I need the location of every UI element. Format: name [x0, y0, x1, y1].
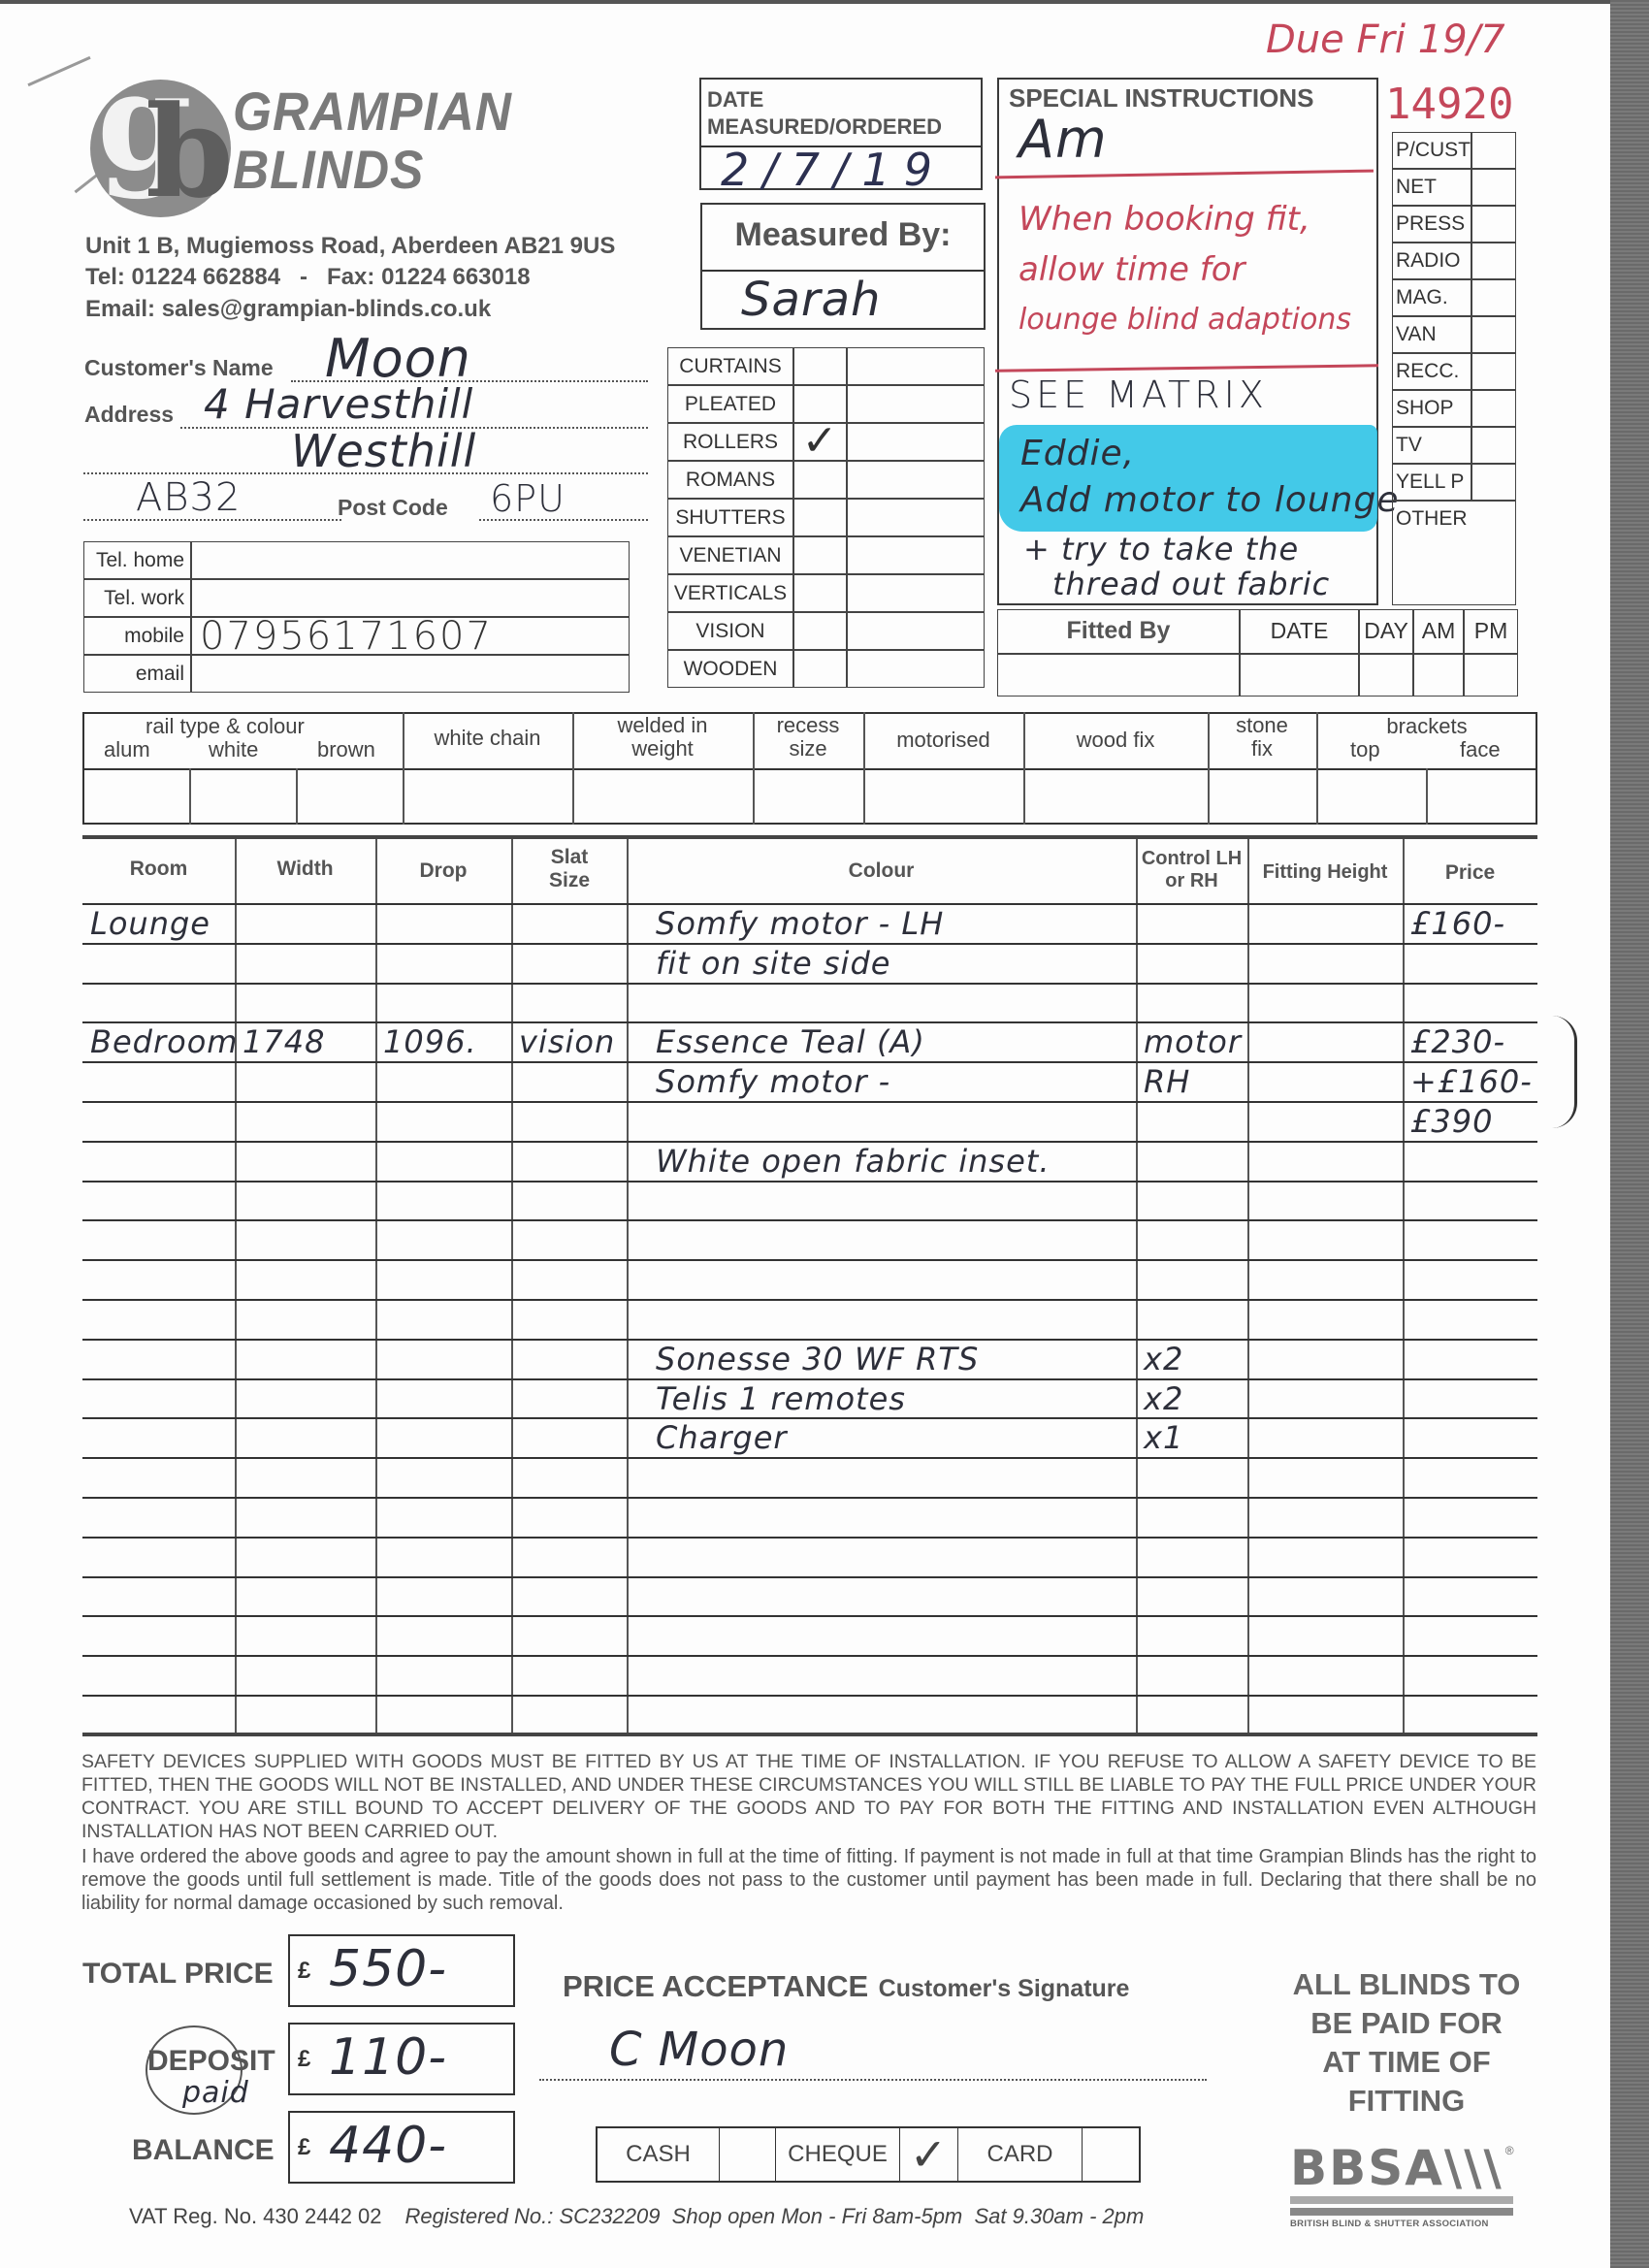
- notice-line4: FITTING: [1261, 2082, 1552, 2121]
- order-cell-control[interactable]: [1144, 1617, 1245, 1655]
- product-type-label: WOODEN: [667, 650, 793, 688]
- order-cell-colour[interactable]: [634, 1697, 1134, 1734]
- source-checkbox[interactable]: [1471, 464, 1516, 501]
- product-type-checkbox[interactable]: [793, 650, 847, 688]
- order-cell-colour[interactable]: [634, 1539, 1134, 1576]
- stone-line2: fix: [1208, 737, 1316, 761]
- rail-white-field[interactable]: [189, 768, 296, 825]
- payment-cheque-checkbox[interactable]: ✓: [900, 2128, 958, 2181]
- logo-b-letter: b: [145, 89, 234, 215]
- company-address: Unit 1 B, Mugiemoss Road, Aberdeen AB21 …: [85, 233, 615, 260]
- rail-option-brown: brown: [317, 737, 375, 762]
- white-chain-label: white chain: [403, 726, 572, 751]
- order-cell-price[interactable]: [1410, 1697, 1536, 1734]
- header-control: Control LH or RH: [1136, 848, 1247, 892]
- order-cell-fitting[interactable]: [1255, 1578, 1401, 1616]
- order-cell-slat[interactable]: vision: [519, 1023, 625, 1061]
- order-col-line: [375, 839, 377, 1733]
- order-cell-room[interactable]: [90, 1063, 233, 1101]
- product-type-notes[interactable]: [847, 574, 985, 612]
- product-type-notes[interactable]: [847, 385, 985, 423]
- price-acceptance-title: PRICE ACCEPTANCE: [563, 1969, 868, 2003]
- order-cell-fitting[interactable]: [1255, 1063, 1401, 1101]
- order-cell-colour[interactable]: [634, 1103, 1134, 1141]
- motorised-field[interactable]: [863, 768, 1023, 825]
- order-cell-fitting[interactable]: [1255, 1301, 1401, 1339]
- source-checkbox[interactable]: [1471, 279, 1516, 316]
- order-cell-slat[interactable]: [519, 1143, 625, 1181]
- order-cell-colour[interactable]: White open fabric inset.: [634, 1143, 1134, 1181]
- order-cell-slat[interactable]: [519, 945, 625, 983]
- order-cell-drop[interactable]: [383, 1617, 509, 1655]
- order-cell-room[interactable]: [90, 1221, 233, 1259]
- order-cell-control[interactable]: [1144, 1103, 1245, 1141]
- order-cell-price[interactable]: [1410, 1380, 1536, 1418]
- source-checkbox[interactable]: [1471, 132, 1516, 169]
- order-cell-colour[interactable]: Telis 1 remotes: [634, 1380, 1134, 1418]
- order-cell-width[interactable]: [242, 1221, 373, 1259]
- order-cell-price[interactable]: [1410, 985, 1536, 1022]
- date-value[interactable]: 2/7/19: [721, 144, 946, 196]
- order-cell-room[interactable]: [90, 1103, 233, 1141]
- order-cell-price[interactable]: [1410, 1221, 1536, 1259]
- order-cell-colour[interactable]: Somfy motor -: [634, 1063, 1134, 1101]
- tel-home-field[interactable]: [191, 541, 630, 579]
- pound-symbol: £: [298, 2134, 310, 2161]
- product-type-checkbox[interactable]: [793, 536, 847, 574]
- order-cell-room[interactable]: [90, 985, 233, 1022]
- order-cell-room[interactable]: [90, 1578, 233, 1616]
- fitted-by-field[interactable]: [997, 654, 1240, 697]
- source-checkbox[interactable]: [1471, 390, 1516, 427]
- header-colour: Colour: [627, 859, 1136, 883]
- order-cell-control[interactable]: motor: [1144, 1023, 1245, 1061]
- order-cell-price[interactable]: [1410, 1617, 1536, 1655]
- order-cell-fitting[interactable]: [1255, 945, 1401, 983]
- order-cell-control[interactable]: [1144, 985, 1245, 1022]
- order-col-line: [1403, 839, 1405, 1733]
- rail-type-label: rail type & colour: [145, 714, 305, 739]
- order-cell-fitting[interactable]: [1255, 1143, 1401, 1181]
- order-cell-price[interactable]: [1410, 1499, 1536, 1537]
- order-cell-colour[interactable]: [634, 1221, 1134, 1259]
- mobile-field[interactable]: 07956171607: [191, 617, 630, 655]
- header-fitting-height: Fitting Height: [1247, 861, 1403, 884]
- order-cell-slat[interactable]: [519, 1063, 625, 1101]
- header-slat-size: Slat Size: [529, 846, 610, 892]
- order-cell-slat[interactable]: [519, 985, 625, 1022]
- bbsa-bar: [1290, 2208, 1513, 2216]
- order-cell-fitting[interactable]: [1255, 1023, 1401, 1061]
- order-cell-slat[interactable]: [519, 1459, 625, 1497]
- order-cell-room[interactable]: [90, 1143, 233, 1181]
- fitted-am-field[interactable]: [1413, 654, 1464, 697]
- registered-mark: ®: [1505, 2144, 1514, 2157]
- order-cell-room[interactable]: [90, 1617, 233, 1655]
- stone-line1: stone: [1208, 714, 1316, 737]
- order-cell-control[interactable]: [1144, 1221, 1245, 1259]
- bbsa-bar: [1290, 2196, 1513, 2204]
- order-cell-drop[interactable]: [383, 905, 509, 943]
- postcode-value[interactable]: 6PU: [490, 477, 566, 520]
- order-cell-room[interactable]: [90, 1261, 233, 1299]
- order-cell-width[interactable]: [242, 1341, 373, 1378]
- deposit-box[interactable]: £ 110-: [288, 2023, 515, 2095]
- order-cell-width[interactable]: [242, 945, 373, 983]
- rail-alum-field[interactable]: [82, 768, 189, 825]
- due-date-note: Due Fri 19/7: [1266, 17, 1505, 62]
- order-cell-price[interactable]: +£160-: [1410, 1063, 1536, 1101]
- order-cell-fitting[interactable]: [1255, 1617, 1401, 1655]
- instructions-initials[interactable]: Am: [1018, 109, 1108, 170]
- payment-agreement: I have ordered the above goods and agree…: [81, 1845, 1536, 1915]
- order-cell-width[interactable]: [242, 1261, 373, 1299]
- fitted-pm-header: PM: [1464, 609, 1518, 654]
- order-cell-price[interactable]: £230-: [1410, 1023, 1536, 1061]
- order-cell-width[interactable]: [242, 1697, 373, 1734]
- scan-top-edge: [0, 0, 1610, 4]
- product-type-checkbox[interactable]: [793, 347, 847, 385]
- address-line3-value[interactable]: AB32: [136, 475, 241, 520]
- order-cell-drop[interactable]: [383, 1301, 509, 1339]
- order-cell-price[interactable]: [1410, 1301, 1536, 1339]
- price-bracket-mark: [1552, 1016, 1577, 1128]
- payment-notice: ALL BLINDS TO BE PAID FOR AT TIME OF FIT…: [1261, 1965, 1552, 2121]
- order-cell-room[interactable]: [90, 1459, 233, 1497]
- source-checkbox[interactable]: [1471, 243, 1516, 279]
- order-cell-fitting[interactable]: [1255, 1380, 1401, 1418]
- bbsa-logo-text: BBSA\\\: [1290, 2144, 1503, 2192]
- source-label: TV: [1392, 427, 1471, 464]
- source-label: YELL P: [1392, 464, 1471, 501]
- order-cell-control[interactable]: [1144, 945, 1245, 983]
- postcode-label: Post Code: [338, 495, 448, 521]
- source-checkbox[interactable]: [1471, 169, 1516, 206]
- product-type-notes[interactable]: [847, 650, 985, 688]
- order-cell-slat[interactable]: [519, 1221, 625, 1259]
- recess-size-label: recess size: [753, 714, 863, 761]
- order-cell-room[interactable]: [90, 1183, 233, 1220]
- total-price-value: 550-: [329, 1940, 447, 1998]
- order-cell-drop[interactable]: [383, 1063, 509, 1101]
- order-cell-price[interactable]: [1410, 945, 1536, 983]
- order-cell-drop[interactable]: [383, 985, 509, 1022]
- balance-box[interactable]: £ 440-: [288, 2111, 515, 2184]
- balance-value: 440-: [329, 2117, 447, 2175]
- order-cell-slat[interactable]: [519, 1578, 625, 1616]
- date-label-line1: DATE: [707, 87, 763, 113]
- order-cell-width[interactable]: [242, 1183, 373, 1220]
- order-cell-colour[interactable]: [634, 1657, 1134, 1695]
- order-cell-width[interactable]: [242, 1301, 373, 1339]
- order-cell-colour[interactable]: fit on site side: [634, 945, 1134, 983]
- order-cell-drop[interactable]: [383, 1183, 509, 1220]
- fitted-day-field[interactable]: [1359, 654, 1413, 697]
- order-cell-width[interactable]: [242, 1143, 373, 1181]
- brackets-top-field[interactable]: [1316, 768, 1426, 825]
- order-cell-room[interactable]: [90, 1499, 233, 1537]
- order-cell-drop[interactable]: [383, 945, 509, 983]
- order-cell-fitting[interactable]: [1255, 1419, 1401, 1457]
- order-cell-width[interactable]: [242, 1578, 373, 1616]
- email-field[interactable]: [191, 655, 630, 693]
- order-cell-drop[interactable]: [383, 1221, 509, 1259]
- order-cell-room[interactable]: Lounge: [90, 905, 233, 943]
- order-cell-slat[interactable]: [519, 1657, 625, 1695]
- payment-card-checkbox[interactable]: [1083, 2128, 1139, 2181]
- order-cell-fitting[interactable]: [1255, 905, 1401, 943]
- order-cell-room[interactable]: [90, 1539, 233, 1576]
- order-cell-width[interactable]: [242, 1103, 373, 1141]
- order-cell-room[interactable]: [90, 1697, 233, 1734]
- order-cell-drop[interactable]: [383, 1657, 509, 1695]
- source-other-field[interactable]: OTHER: [1392, 501, 1516, 605]
- product-type-notes[interactable]: [847, 536, 985, 574]
- source-checkbox[interactable]: [1471, 316, 1516, 353]
- rail-brown-field[interactable]: [296, 768, 403, 825]
- order-cell-drop[interactable]: [383, 1499, 509, 1537]
- source-checkbox[interactable]: [1471, 427, 1516, 464]
- order-cell-colour[interactable]: [634, 1301, 1134, 1339]
- order-cell-fitting[interactable]: [1255, 1459, 1401, 1497]
- order-cell-width[interactable]: [242, 1617, 373, 1655]
- total-price-label: TOTAL PRICE: [82, 1958, 274, 1991]
- order-cell-width[interactable]: [242, 1499, 373, 1537]
- order-cell-colour[interactable]: [634, 1499, 1134, 1537]
- order-cell-price[interactable]: £160-: [1410, 905, 1536, 943]
- product-type-notes[interactable]: [847, 461, 985, 499]
- order-cell-control[interactable]: RH: [1144, 1063, 1245, 1101]
- order-cell-width[interactable]: [242, 1063, 373, 1101]
- order-cell-control[interactable]: [1144, 1499, 1245, 1537]
- order-cell-slat[interactable]: [519, 1261, 625, 1299]
- order-cell-colour[interactable]: [634, 985, 1134, 1022]
- order-cell-control[interactable]: x2: [1144, 1341, 1245, 1378]
- recess-line1: recess: [753, 714, 863, 737]
- order-cell-price[interactable]: [1410, 1578, 1536, 1616]
- product-type-checkbox[interactable]: [793, 461, 847, 499]
- order-cell-control[interactable]: x2: [1144, 1380, 1245, 1418]
- order-cell-colour[interactable]: [634, 1261, 1134, 1299]
- order-cell-slat[interactable]: [519, 1697, 625, 1734]
- welded-line1: welded in: [572, 714, 753, 737]
- order-cell-price[interactable]: [1410, 1341, 1536, 1378]
- source-label: P/CUST: [1392, 132, 1471, 169]
- stone-fix-field[interactable]: [1208, 768, 1316, 825]
- customer-name-label: Customer's Name: [84, 355, 274, 381]
- order-cell-slat[interactable]: [519, 1539, 625, 1576]
- order-cell-fitting[interactable]: [1255, 1183, 1401, 1220]
- order-cell-width[interactable]: [242, 905, 373, 943]
- balance-label: BALANCE: [132, 2134, 275, 2167]
- bbsa-logo: BBSA\\\ ® BRITISH BLIND & SHUTTER ASSOCI…: [1290, 2144, 1513, 2229]
- source-label: MAG.: [1392, 279, 1471, 316]
- order-cell-room[interactable]: [90, 1419, 233, 1457]
- order-cell-drop[interactable]: [383, 1539, 509, 1576]
- payment-cash-label: CASH: [598, 2128, 720, 2181]
- order-cell-price[interactable]: [1410, 1657, 1536, 1695]
- order-cell-drop[interactable]: [383, 1419, 509, 1457]
- order-cell-control[interactable]: [1144, 1697, 1245, 1734]
- order-cell-width[interactable]: [242, 985, 373, 1022]
- order-cell-fitting[interactable]: [1255, 1499, 1401, 1537]
- order-cell-slat[interactable]: [519, 1419, 625, 1457]
- order-cell-price[interactable]: £390: [1410, 1103, 1536, 1141]
- total-price-box[interactable]: £ 550-: [288, 1934, 515, 2007]
- order-cell-control[interactable]: [1144, 1183, 1245, 1220]
- order-cell-width[interactable]: [242, 1380, 373, 1418]
- order-cell-drop[interactable]: [383, 1578, 509, 1616]
- order-cell-control[interactable]: [1144, 1459, 1245, 1497]
- rollers-checkbox[interactable]: ✓: [793, 423, 847, 461]
- order-cell-price[interactable]: [1410, 1459, 1536, 1497]
- order-cell-control[interactable]: [1144, 1578, 1245, 1616]
- customer-signature[interactable]: C Moon: [609, 2023, 789, 2077]
- fitted-pm-field[interactable]: [1464, 654, 1518, 697]
- motorised-label: motorised: [863, 728, 1023, 753]
- product-type-checkbox[interactable]: [793, 499, 847, 536]
- order-cell-colour[interactable]: [634, 1459, 1134, 1497]
- order-cell-slat[interactable]: [519, 1341, 625, 1378]
- order-cell-fitting[interactable]: [1255, 1261, 1401, 1299]
- staple-mark: [27, 56, 90, 86]
- address-line2-value[interactable]: Westhill: [291, 425, 476, 477]
- order-cell-fitting[interactable]: [1255, 1341, 1401, 1378]
- order-cell-fitting[interactable]: [1255, 1657, 1401, 1695]
- brackets-top-label: top: [1350, 737, 1380, 762]
- price-acceptance-heading: PRICE ACCEPTANCE Customer's Signature: [563, 1969, 1129, 2004]
- order-cell-colour[interactable]: [634, 1617, 1134, 1655]
- order-cell-room[interactable]: [90, 1380, 233, 1418]
- order-col-line: [1247, 839, 1249, 1733]
- product-type-notes[interactable]: [847, 347, 985, 385]
- payment-cash-checkbox[interactable]: [720, 2128, 776, 2181]
- order-cell-drop[interactable]: [383, 1459, 509, 1497]
- white-chain-field[interactable]: [403, 768, 572, 825]
- order-cell-room[interactable]: [90, 1341, 233, 1378]
- welded-weight-field[interactable]: [572, 768, 753, 825]
- order-number: 14920: [1385, 80, 1513, 129]
- order-cell-slat[interactable]: [519, 1499, 625, 1537]
- order-cell-price[interactable]: [1410, 1183, 1536, 1220]
- order-cell-fitting[interactable]: [1255, 1539, 1401, 1576]
- order-cell-colour[interactable]: [634, 1578, 1134, 1616]
- order-cell-slat[interactable]: [519, 905, 625, 943]
- order-cell-price[interactable]: [1410, 1143, 1536, 1181]
- deposit-paid-note: paid: [182, 2076, 249, 2110]
- order-cell-width[interactable]: 1748: [242, 1023, 373, 1061]
- order-cell-room[interactable]: [90, 1657, 233, 1695]
- date-label-line2: MEASURED/ORDERED: [707, 114, 942, 140]
- measured-by-value[interactable]: Sarah: [741, 273, 881, 327]
- order-cell-drop[interactable]: [383, 1261, 509, 1299]
- order-cell-drop[interactable]: [383, 1697, 509, 1734]
- order-cell-drop[interactable]: [383, 1380, 509, 1418]
- order-cell-drop[interactable]: [383, 1143, 509, 1181]
- order-cell-colour[interactable]: Sonesse 30 WF RTS: [634, 1341, 1134, 1378]
- order-cell-colour[interactable]: Somfy motor - LH: [634, 905, 1134, 943]
- recess-size-field[interactable]: [753, 768, 863, 825]
- header-price: Price: [1403, 861, 1537, 885]
- product-type-notes[interactable]: [847, 423, 985, 461]
- product-type-checkbox[interactable]: [793, 612, 847, 650]
- order-cell-drop[interactable]: [383, 1103, 509, 1141]
- recess-line2: size: [753, 737, 863, 761]
- product-type-label: ROLLERS: [667, 423, 793, 461]
- address-label: Address: [84, 402, 174, 428]
- source-checkbox[interactable]: [1471, 206, 1516, 243]
- source-checkbox[interactable]: [1471, 353, 1516, 390]
- red-note-line3: lounge blind adaptions: [1018, 295, 1351, 345]
- product-type-checkbox[interactable]: [793, 574, 847, 612]
- order-cell-colour[interactable]: [634, 1183, 1134, 1220]
- order-cell-room[interactable]: [90, 1301, 233, 1339]
- company-phone-fax: Tel: 01224 662884 - Fax: 01224 663018: [85, 264, 531, 291]
- order-cell-control[interactable]: [1144, 905, 1245, 943]
- brackets-face-label: face: [1460, 737, 1501, 762]
- order-cell-control[interactable]: x1: [1144, 1419, 1245, 1457]
- order-cell-slat[interactable]: [519, 1617, 625, 1655]
- order-cell-drop[interactable]: [383, 1341, 509, 1378]
- order-cell-control[interactable]: [1144, 1539, 1245, 1576]
- order-cell-slat[interactable]: [519, 1103, 625, 1141]
- order-cell-fitting[interactable]: [1255, 1103, 1401, 1141]
- order-cell-colour[interactable]: Essence Teal (A): [634, 1023, 1134, 1061]
- bbsa-subtitle: BRITISH BLIND & SHUTTER ASSOCIATION: [1290, 2219, 1513, 2229]
- order-cell-control[interactable]: [1144, 1657, 1245, 1695]
- safety-notice: SAFETY DEVICES SUPPLIED WITH GOODS MUST …: [81, 1750, 1536, 1843]
- order-cell-width[interactable]: [242, 1419, 373, 1457]
- stone-fix-label: stone fix: [1208, 714, 1316, 761]
- order-cell-fitting[interactable]: [1255, 1221, 1401, 1259]
- order-cell-fitting[interactable]: [1255, 1697, 1401, 1734]
- notice-line2: BE PAID FOR: [1261, 2004, 1552, 2043]
- order-cell-slat[interactable]: [519, 1380, 625, 1418]
- order-cell-price[interactable]: [1410, 1539, 1536, 1576]
- source-label: SHOP: [1392, 390, 1471, 427]
- fitted-date-field[interactable]: [1240, 654, 1359, 697]
- order-col-line: [627, 839, 629, 1733]
- product-type-notes[interactable]: [847, 612, 985, 650]
- order-cell-room[interactable]: [90, 945, 233, 983]
- order-cell-control[interactable]: [1144, 1301, 1245, 1339]
- company-name-line1: GRAMPIAN: [233, 80, 512, 143]
- customer-signature-label: Customer's Signature: [879, 1975, 1130, 2002]
- tel-work-field[interactable]: [191, 579, 630, 617]
- order-cell-colour[interactable]: Charger: [634, 1419, 1134, 1457]
- pound-symbol: £: [298, 1958, 310, 1985]
- order-cell-price[interactable]: [1410, 1261, 1536, 1299]
- order-cell-width[interactable]: [242, 1459, 373, 1497]
- source-label: PRESS: [1392, 206, 1471, 243]
- order-cell-room[interactable]: Bedroom: [90, 1023, 233, 1061]
- order-cell-control[interactable]: [1144, 1143, 1245, 1181]
- product-type-notes[interactable]: [847, 499, 985, 536]
- wood-fix-field[interactable]: [1023, 768, 1208, 825]
- order-cell-drop[interactable]: 1096.: [383, 1023, 509, 1061]
- order-cell-fitting[interactable]: [1255, 985, 1401, 1022]
- order-cell-width[interactable]: [242, 1539, 373, 1576]
- order-cell-slat[interactable]: [519, 1183, 625, 1220]
- order-cell-slat[interactable]: [519, 1301, 625, 1339]
- red-booking-note: When booking fit, allow time for lounge …: [1018, 194, 1351, 345]
- order-cell-price[interactable]: [1410, 1419, 1536, 1457]
- order-cell-width[interactable]: [242, 1657, 373, 1695]
- brackets-face-field[interactable]: [1426, 768, 1537, 825]
- order-cell-control[interactable]: [1144, 1261, 1245, 1299]
- address-line1-value[interactable]: 4 Harvesthill: [204, 380, 473, 428]
- see-matrix-note: SEE MATRIX: [1009, 373, 1268, 416]
